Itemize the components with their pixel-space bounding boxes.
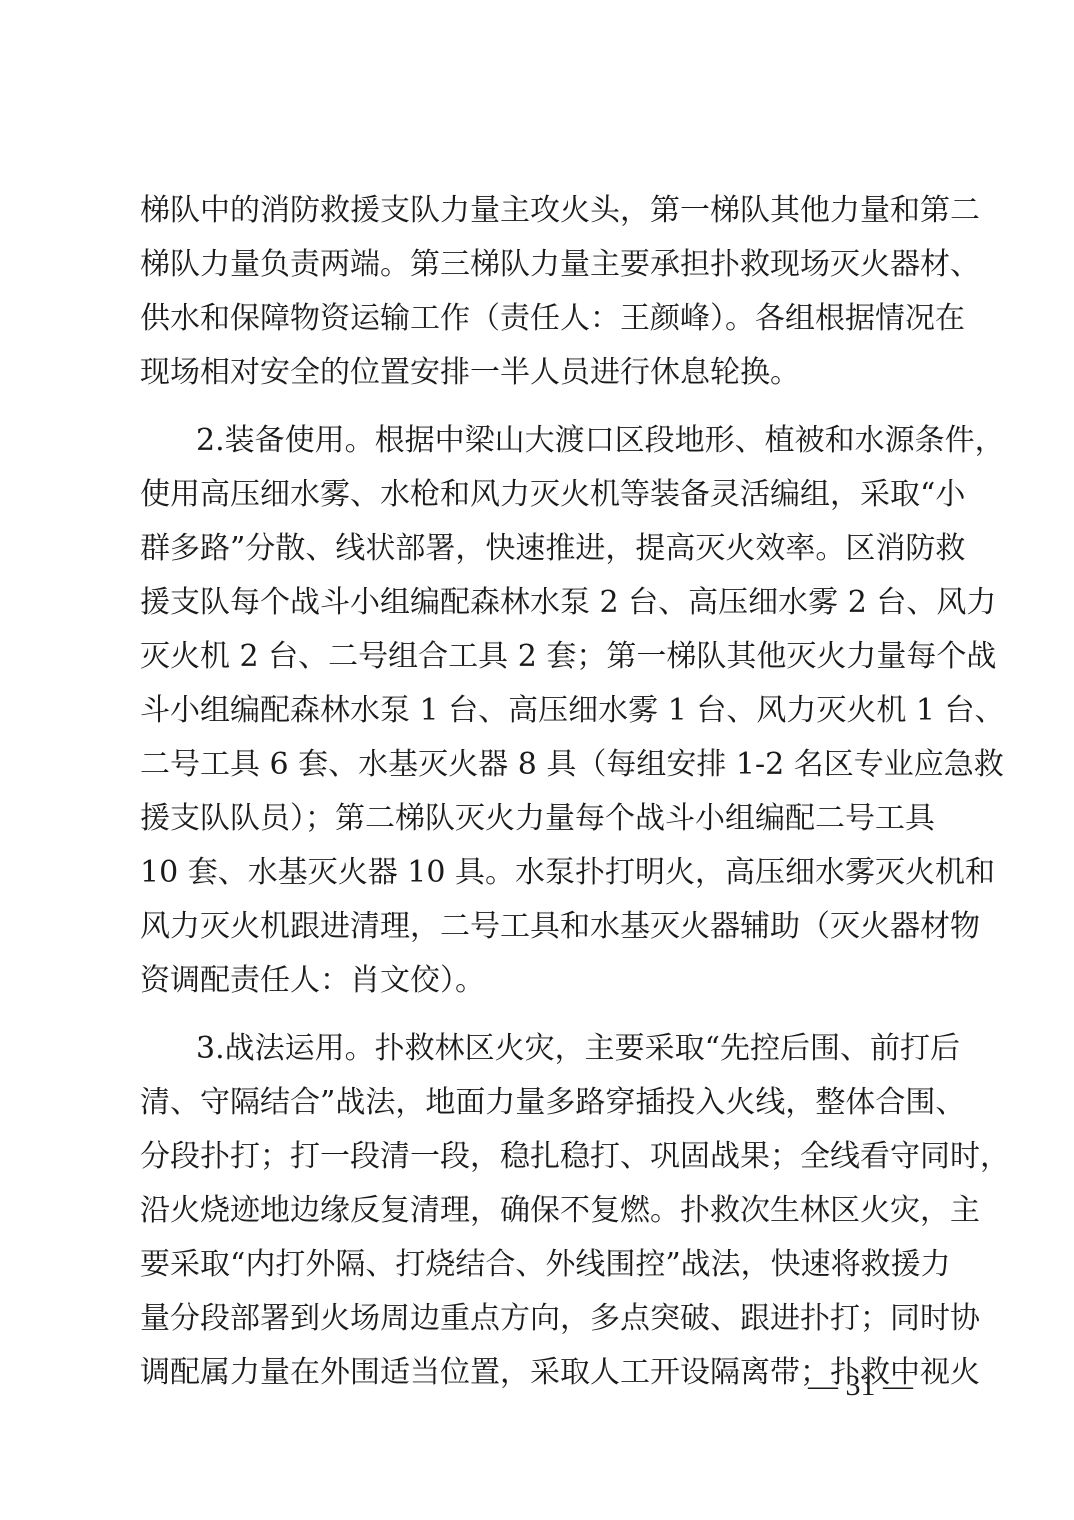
paragraph-line: 援支队每个战斗小组编配森林水泵 2 台、高压细水雾 2 台、风力 — [140, 583, 935, 623]
paragraph-line: 群多路”分散、线状部署，快速推进，提高灭火效率。区消防救 — [140, 529, 935, 569]
paragraph-line: 量分段部署到火场周边重点方向，多点突破、跟进扑打；同时协 — [140, 1299, 935, 1339]
paragraph-line: 10 套、水基灭火器 10 具。水泵扑打明火，高压细水雾灭火机和 — [140, 853, 935, 893]
document-page: 梯队中的消防救援支队力量主攻火头，第一梯队其他力量和第二 梯队力量负责两端。第三… — [0, 0, 1074, 1520]
section-2-heading-line: 2.装备使用。根据中梁山大渡口区段地形、植被和水源条件， — [196, 421, 935, 461]
paragraph-line: 斗小组编配森林水泵 1 台、高压细水雾 1 台、风力灭火机 1 台、 — [140, 691, 935, 731]
paragraph-line: 援支队队员）；第二梯队灭火力量每个战斗小组编配二号工具 — [140, 799, 935, 839]
paragraph-line: 沿火烧迹地边缘反复清理，确保不复燃。扑救次生林区火灾，主 — [140, 1191, 935, 1231]
paragraph-line: 资调配责任人：肖文佼）。 — [140, 961, 935, 1001]
paragraph-line: 现场相对安全的位置安排一半人员进行休息轮换。 — [140, 353, 935, 393]
paragraph-line: 梯队力量负责两端。第三梯队力量主要承担扑救现场灭火器材、 — [140, 245, 935, 285]
section-3-heading-line: 3.战法运用。扑救林区火灾，主要采取“先控后围、前打后 — [196, 1029, 935, 1069]
paragraph-line: 风力灭火机跟进清理，二号工具和水基灭火器辅助（灭火器材物 — [140, 907, 935, 947]
page-number: — 31 — — [808, 1366, 913, 1406]
paragraph-line: 使用高压细水雾、水枪和风力灭火机等装备灵活编组，采取“小 — [140, 475, 935, 515]
paragraph-line: 清、守隔结合”战法，地面力量多路穿插投入火线，整体合围、 — [140, 1083, 935, 1123]
paragraph-line: 梯队中的消防救援支队力量主攻火头，第一梯队其他力量和第二 — [140, 191, 935, 231]
paragraph-line: 二号工具 6 套、水基灭火器 8 具（每组安排 1-2 名区专业应急救 — [140, 745, 935, 785]
paragraph-line: 供水和保障物资运输工作（责任人：王颜峰）。各组根据情况在 — [140, 299, 935, 339]
paragraph-line: 分段扑打；打一段清一段，稳扎稳打、巩固战果；全线看守同时， — [140, 1137, 935, 1177]
paragraph-line: 灭火机 2 台、二号组合工具 2 套；第一梯队其他灭火力量每个战 — [140, 637, 935, 677]
paragraph-line: 要采取“内打外隔、打烧结合、外线围控”战法，快速将救援力 — [140, 1245, 935, 1285]
